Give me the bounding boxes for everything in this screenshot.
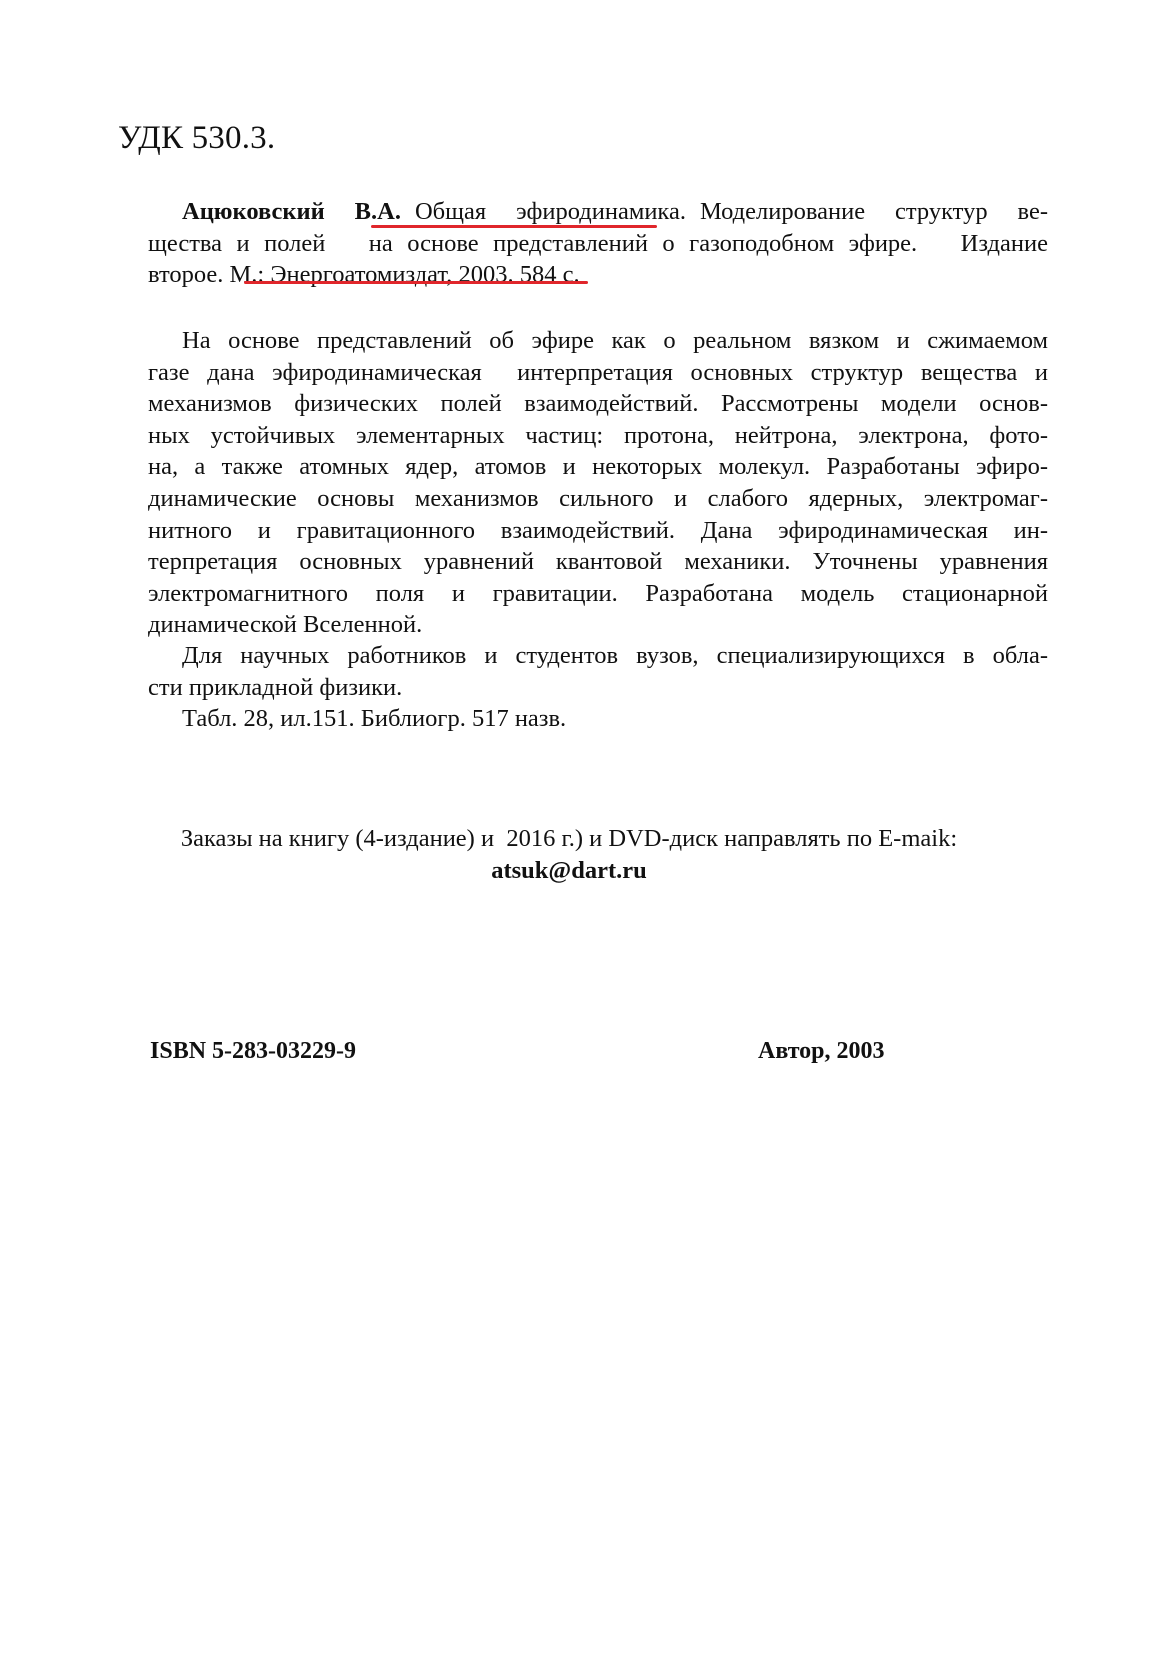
publication-stats: Табл. 28, ил.151. Библиогр. 517 назв. — [148, 703, 1048, 735]
abstract-line: газе дана эфиродинамическая интерпретаци… — [148, 357, 1048, 389]
red-underline-title — [371, 225, 657, 228]
audience-line: сти прикладной физики. — [148, 672, 1048, 704]
bibliographic-entry: Ацюковский В.А.Общая эфиродинамика.Модел… — [148, 196, 1048, 291]
publisher-info: Энергоатомиздат, 2003. 584 с. — [270, 261, 579, 288]
orders-text: Заказы на книгу (4-издание) и 2016 г.) и… — [181, 825, 957, 852]
document-page: УДК 530.3. Ацюковский В.А.Общая эфиродин… — [0, 0, 1166, 1654]
abstract-line: электромагнитного поля и гравитации. Раз… — [148, 578, 1048, 610]
abstract-paragraph: На основе представлений об эфире как о р… — [148, 325, 1048, 641]
biblio-line-1-rest: Моделирование структур ве- — [700, 198, 1048, 225]
book-title: Общая эфиродинамика. — [415, 198, 686, 225]
abstract-line: На основе представлений об эфире как о р… — [148, 325, 1048, 357]
biblio-line-2: щества и полей на основе представлений о… — [148, 228, 1048, 260]
biblio-line-3-prefix: второе. М.: — [148, 261, 264, 288]
biblio-line-1: Ацюковский В.А.Общая эфиродинамика.Модел… — [148, 196, 1048, 228]
orders-notice: Заказы на книгу (4-издание) и 2016 г.) и… — [148, 823, 990, 886]
copyright-notice: Автор, 2003 — [758, 1035, 885, 1067]
abstract-line: динамической Вселенной. — [148, 609, 1048, 641]
udk-code: УДК 530.3. — [118, 118, 275, 158]
abstract-line: на, а также атомных ядер, атомов и некот… — [148, 451, 1048, 483]
abstract-line: механизмов физических полей взаимодейств… — [148, 388, 1048, 420]
author-name: Ацюковский В.А. — [182, 198, 401, 225]
abstract-line: динамические основы механизмов сильного … — [148, 483, 1048, 515]
abstract-line: терпретация основных уравнений квантовой… — [148, 546, 1048, 578]
abstract-line: нитного и гравитационного взаимодействий… — [148, 515, 1048, 547]
audience-line: Для научных работников и студентов вузов… — [148, 640, 1048, 672]
red-underline-publisher — [244, 281, 588, 284]
biblio-line-3: второе. М.: Энергоатомиздат, 2003. 584 с… — [148, 259, 1048, 291]
contact-email[interactable]: atsuk@dart.ru — [148, 855, 990, 887]
abstract-line: ных устойчивых элементарных частиц: прот… — [148, 420, 1048, 452]
isbn-number: ISBN 5-283-03229-9 — [150, 1035, 356, 1067]
audience-paragraph: Для научных работников и студентов вузов… — [148, 640, 1048, 735]
